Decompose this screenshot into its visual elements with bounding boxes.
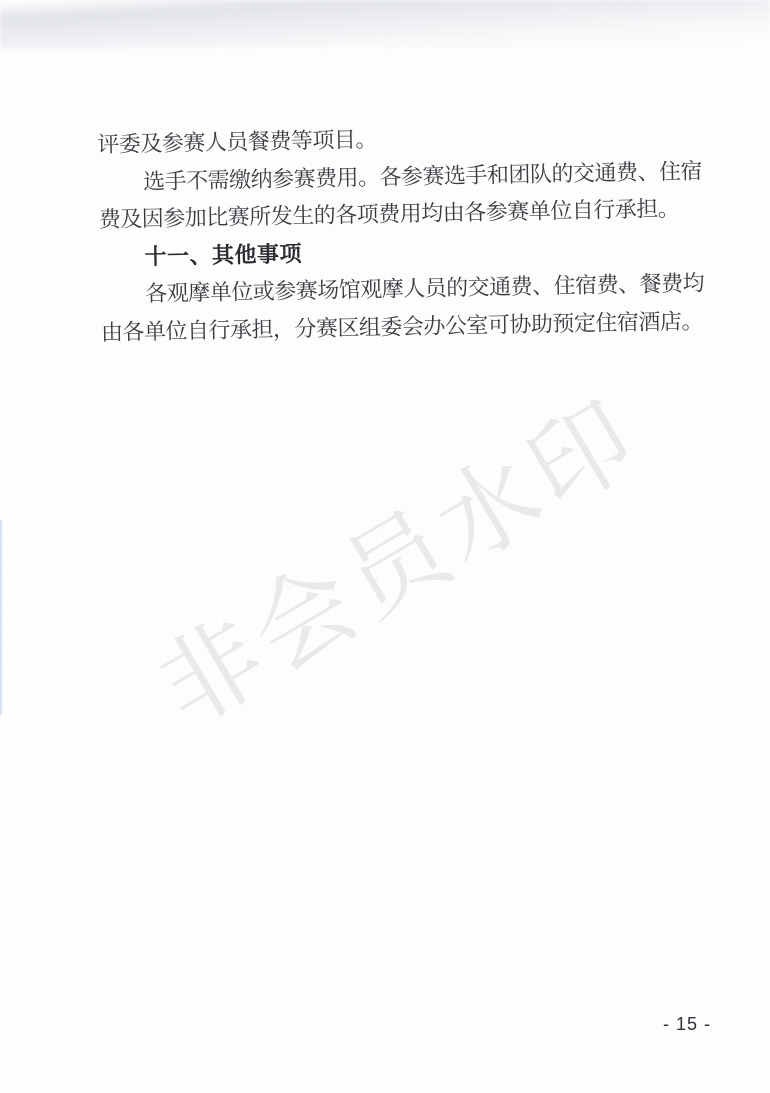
page-number: - 15 -	[663, 1014, 711, 1035]
document-text-block: 评委及参赛人员餐费等项目。 选手不需缴纳参赛费用。各参赛选手和团队的交通费、住宿…	[97, 114, 701, 350]
scan-artifact-left-edge-line	[0, 520, 2, 715]
watermark-text: 非会员水印	[128, 357, 662, 753]
scanned-document-page: { "document": { "lines": [ { "text": "评委…	[0, 0, 770, 1093]
scan-artifact-top-band	[0, 0, 770, 48]
